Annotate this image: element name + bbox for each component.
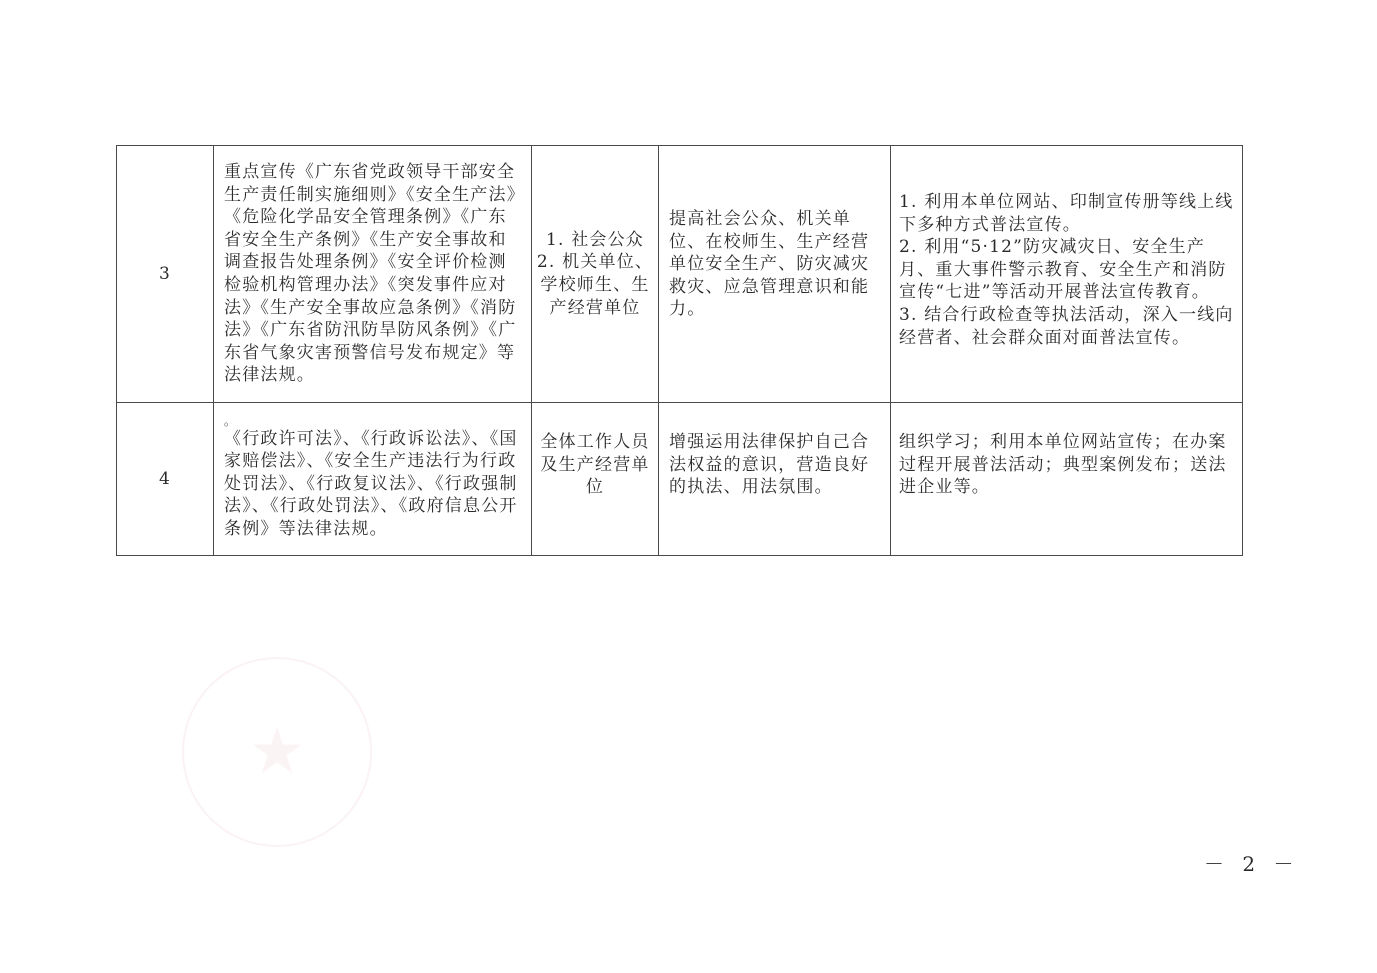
- method-item: 组织学习；利用本单位网站宣传；在办案过程开展普法活动；典型案例发布；送法进企业等…: [899, 431, 1236, 499]
- method-item: 1. 利用本单位网站、印制宣传册等线上线下多种方式普法宣传。: [899, 191, 1236, 236]
- official-seal-stamp: ★: [182, 657, 372, 847]
- method-item: 3. 结合行政检查等执法活动，深入一线向经营者、社会群众面对面普法宣传。: [899, 304, 1236, 349]
- laws-cell: 。 《行政许可法》、《行政诉讼法》、《国家赔偿法》、《安全生产违法行为行政处罚法…: [214, 403, 532, 556]
- target-item: 全体工作人员及生产经营单位: [535, 431, 655, 499]
- methods-cell: 1. 利用本单位网站、印制宣传册等线上线下多种方式普法宣传。 2. 利用“5·1…: [891, 146, 1243, 403]
- table-row: 3 重点宣传《广东省党政领导干部安全生产责任制实施细则》《安全生产法》《危险化学…: [117, 146, 1243, 403]
- target-audience-cell: 1. 社会公众 2. 机关单位、学校师生、生产经营单位: [532, 146, 659, 403]
- goal-cell: 增强运用法律保护自己合法权益的意识，营造良好的执法、用法氛围。: [659, 403, 891, 556]
- laws-cell: 重点宣传《广东省党政领导干部安全生产责任制实施细则》《安全生产法》《危险化学品安…: [214, 146, 532, 403]
- goal-text: 增强运用法律保护自己合法权益的意识，营造良好的执法、用法氛围。: [669, 431, 884, 499]
- star-icon: ★: [248, 715, 305, 789]
- page-number: － 2 －: [1204, 848, 1299, 877]
- target-item: 1. 社会公众: [535, 229, 655, 252]
- laws-text: 重点宣传《广东省党政领导干部安全生产责任制实施细则》《安全生产法》《危险化学品安…: [224, 161, 523, 387]
- row-number: 4: [117, 403, 214, 556]
- laws-text: 《行政许可法》、《行政诉讼法》、《国家赔偿法》、《安全生产违法行为行政处罚法》、…: [224, 428, 523, 541]
- law-publicity-table: 3 重点宣传《广东省党政领导干部安全生产责任制实施细则》《安全生产法》《危险化学…: [116, 145, 1243, 556]
- target-audience-cell: 全体工作人员及生产经营单位: [532, 403, 659, 556]
- goal-cell: 提高社会公众、机关单位、在校师生、生产经营单位安全生产、防灾减灾救灾、应急管理意…: [659, 146, 891, 403]
- methods-cell: 组织学习；利用本单位网站宣传；在办案过程开展普法活动；典型案例发布；送法进企业等…: [891, 403, 1243, 556]
- row-number: 3: [117, 146, 214, 403]
- table-row: 4 。 《行政许可法》、《行政诉讼法》、《国家赔偿法》、《安全生产违法行为行政处…: [117, 403, 1243, 556]
- leading-mark: 。: [224, 414, 523, 428]
- goal-text: 提高社会公众、机关单位、在校师生、生产经营单位安全生产、防灾减灾救灾、应急管理意…: [669, 208, 884, 321]
- target-item: 2. 机关单位、学校师生、生产经营单位: [535, 251, 655, 319]
- method-item: 2. 利用“5·12”防灾减灾日、安全生产月、重大事件警示教育、安全生产和消防宣…: [899, 236, 1236, 304]
